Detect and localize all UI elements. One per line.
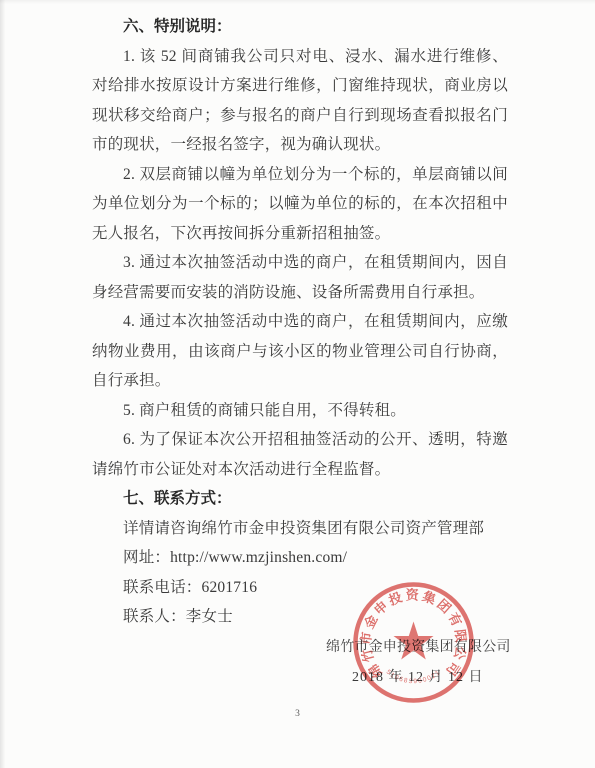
section-heading-special-notes: 六、特别说明： [92,12,508,42]
contact-department-line: 详情请咨询绵竹市金申投资集团有限公司资产管理部 [92,514,508,544]
special-note-1: 1. 该 52 间商铺我公司只对电、浸水、漏水进行维修、对给排水按原设计方案进行… [92,42,508,160]
contact-person-line: 联系人：李女士 [92,602,508,632]
signature-company-name: 绵竹市金申投资集团有限公司 [326,636,511,656]
special-note-6: 6. 为了保证本次公开招租抽签活动的公开、透明，特邀请绵竹市公证处对本次活动进行… [92,425,508,484]
signature-date: 2018 年 12 月 12 日 [352,666,484,686]
scan-edge-shadow-top [0,0,595,4]
special-note-3: 3. 通过本次抽签活动中选的商户，在租赁期间内，因自身经营需要而安装的消防设施、… [92,248,508,307]
contact-phone-line: 联系电话：6201716 [92,573,508,603]
document-body: 六、特别说明： 1. 该 52 间商铺我公司只对电、浸水、漏水进行维修、对给排水… [92,12,508,632]
special-note-4: 4. 通过本次抽签活动中选的商户，在租赁期间内，应缴纳物业费用，由该商户与该小区… [92,307,508,396]
special-note-2: 2. 双层商铺以幢为单位划分为一个标的，单层商铺以间为单位划分为一个标的；以幢为… [92,160,508,249]
special-note-5: 5. 商户租赁的商铺只能自用，不得转租。 [92,396,508,426]
section-heading-contact: 七、联系方式： [92,484,508,514]
page-number: 3 [0,709,595,719]
scan-edge-shadow [0,0,6,768]
contact-website-line: 网址：http://www.mzjinshen.com/ [92,543,508,573]
